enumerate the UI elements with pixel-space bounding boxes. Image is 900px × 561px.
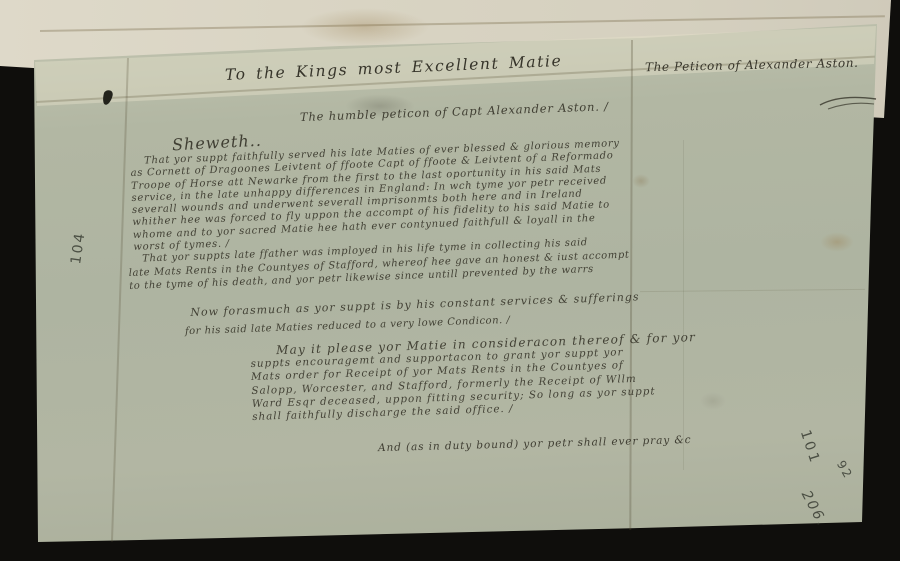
vertical-fold-crease-faint: [683, 140, 684, 470]
paper-stain: [300, 8, 430, 46]
paper-foxing-spot: [820, 232, 854, 252]
paper-foxing-spot: [700, 392, 726, 410]
paragraph-prayer: May it please yor Matie in consideracon …: [250, 331, 698, 424]
paper-foxing-spot: [632, 174, 650, 188]
manuscript-photograph: The Peticon of Alexander Aston. To the K…: [0, 0, 900, 561]
flourish-mark: [818, 92, 880, 116]
